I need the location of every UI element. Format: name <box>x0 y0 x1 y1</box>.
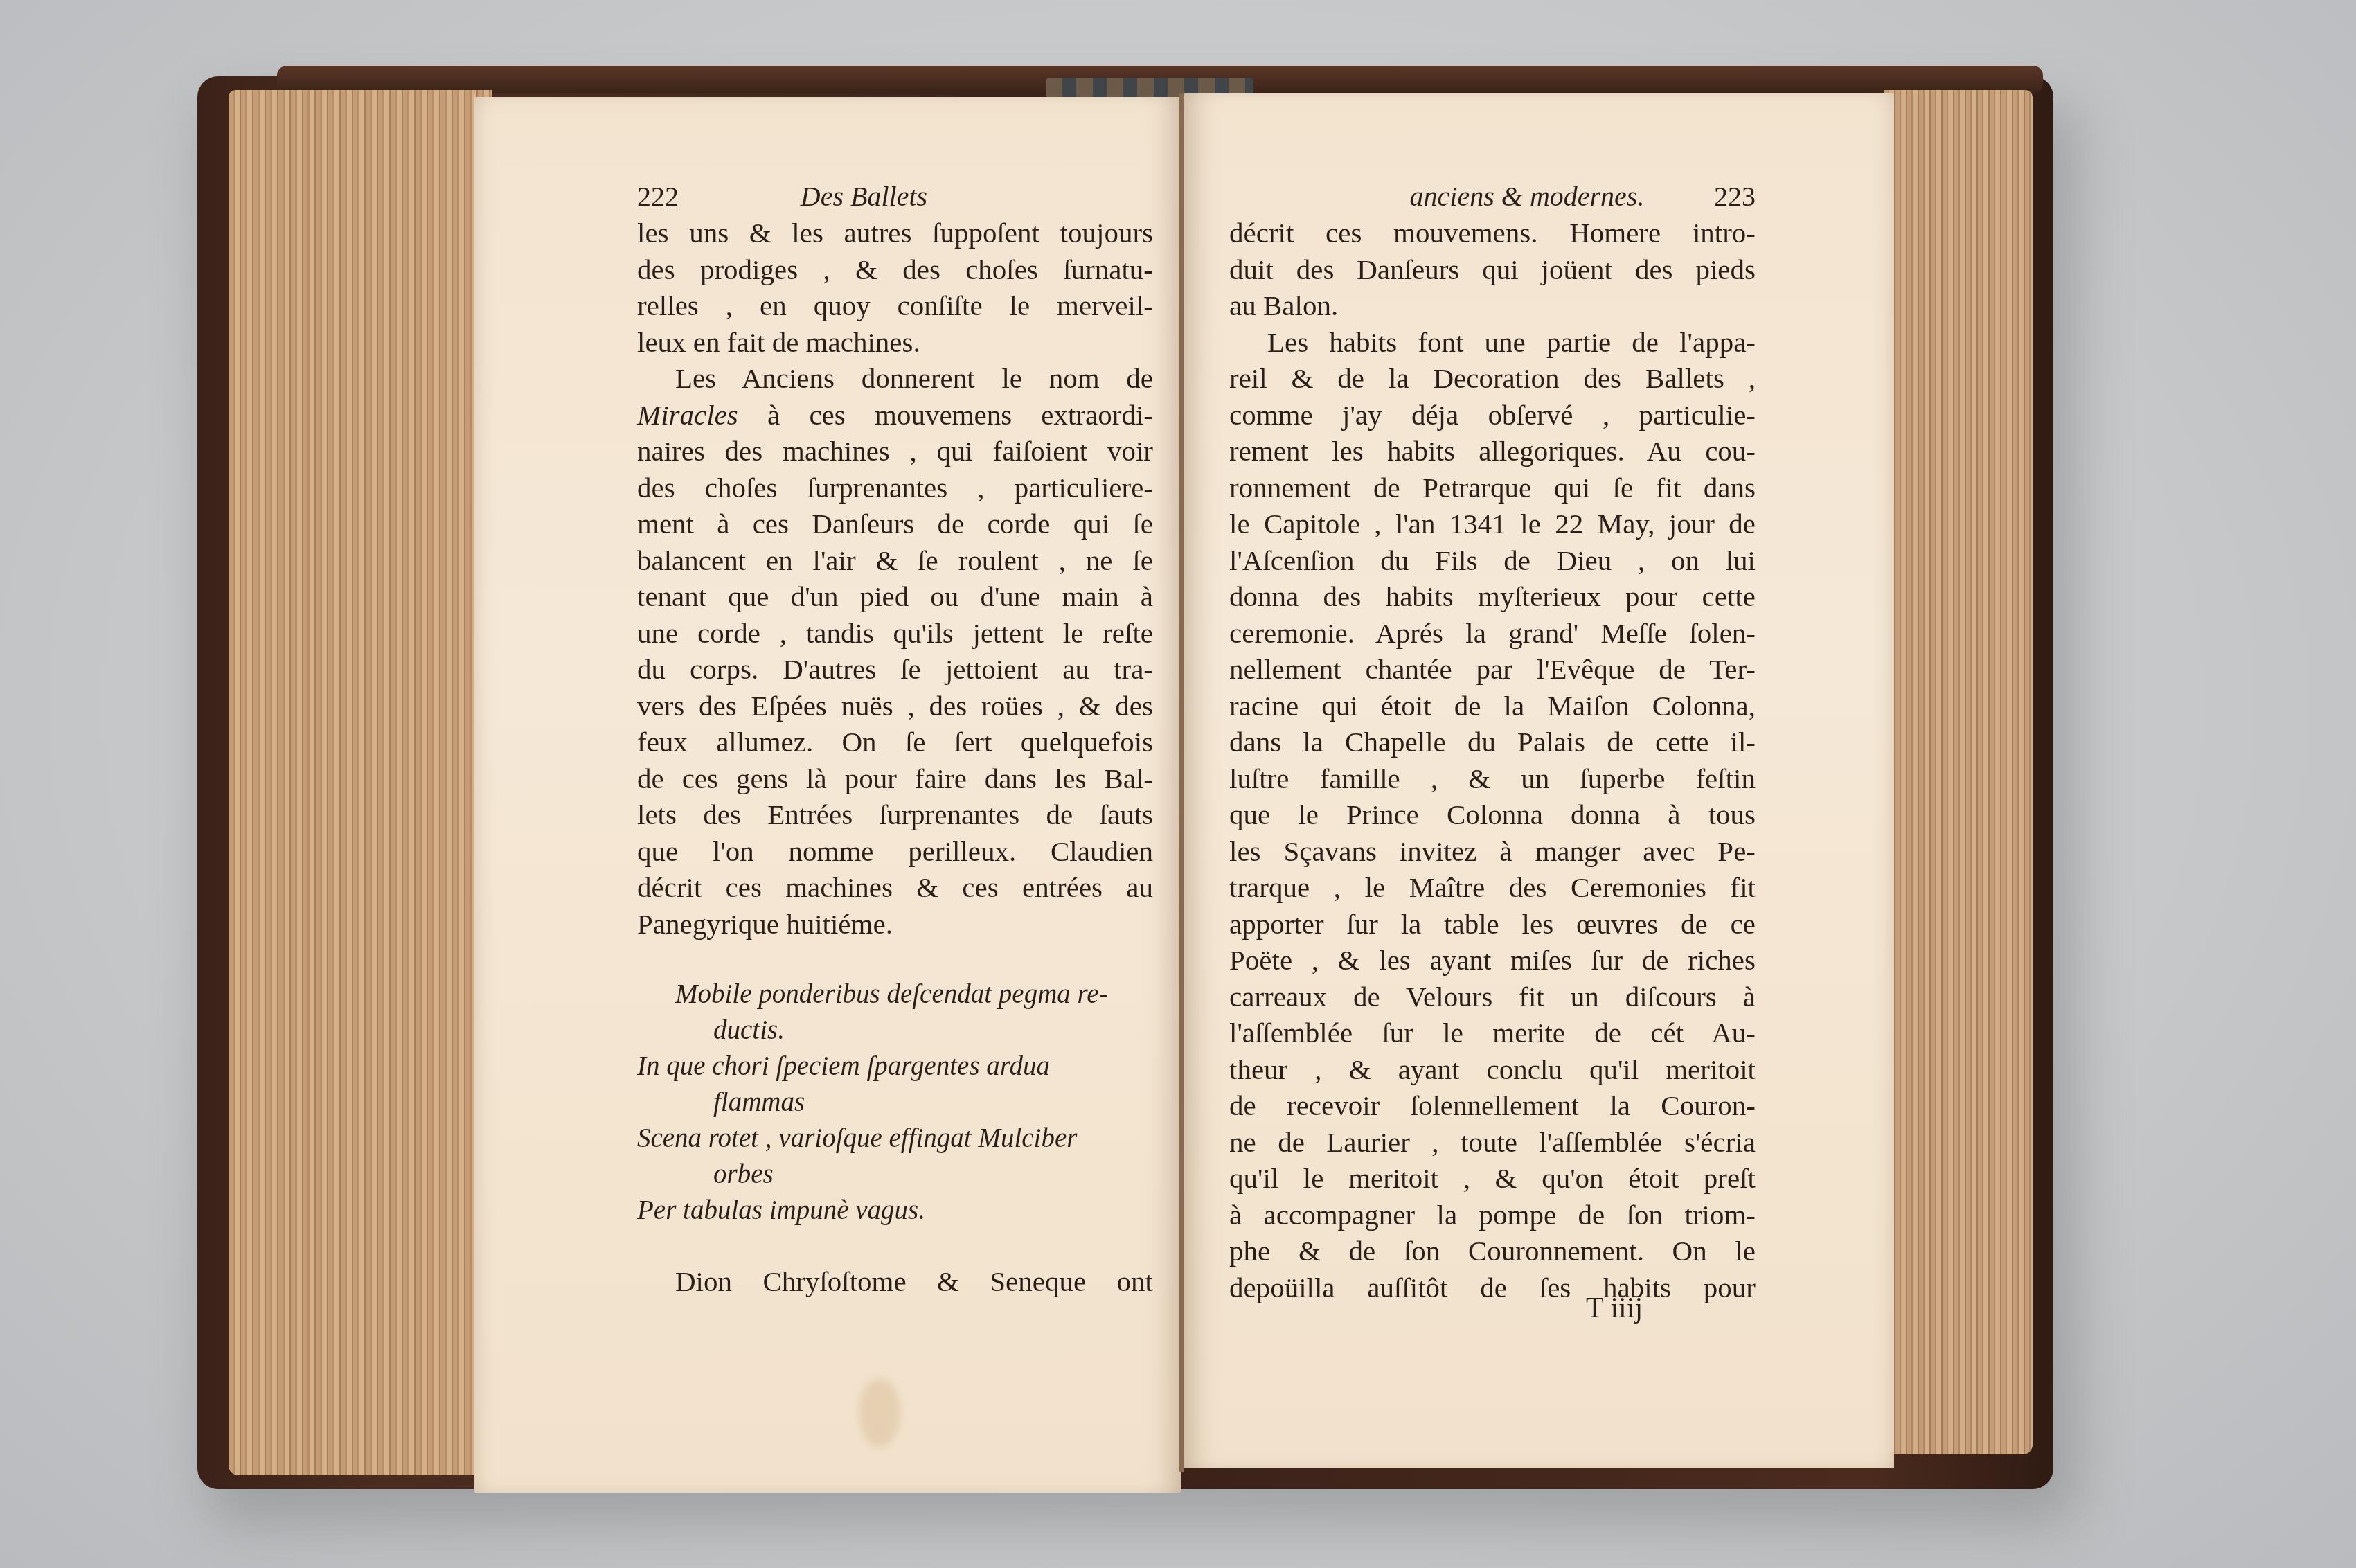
verse-line: ductis. <box>637 1013 1153 1049</box>
verse-line: Scena rotet , varioſque effingat Mulcibe… <box>637 1121 1153 1157</box>
text-line: lets des Entrées ſurprenantes de ſauts <box>637 796 1153 833</box>
text-line: tenant que d'un pied ou d'une main à <box>637 578 1153 615</box>
text-line: relles , en quoy conſiſte le merveil- <box>637 287 1153 324</box>
text-line: phe & de ſon Couronnement. On le <box>1229 1233 1756 1269</box>
text-line: les Sçavans invitez à manger avec Pe- <box>1229 833 1756 870</box>
page-number-left: 222 <box>637 179 679 215</box>
text-line: l'Aſcenſion du Fils de Dieu , on lui <box>1229 542 1756 579</box>
text-line: apporter ſur la table les œuvres de ce <box>1229 906 1756 943</box>
text-line: ne de Laurier , toute l'aſſemblée s'écri… <box>1229 1124 1756 1161</box>
text-line: du corps. D'autres ſe jettoient au tra- <box>637 651 1153 688</box>
text-line: Dion Chryſoſtome & Seneque ont <box>637 1263 1153 1300</box>
text-line: racine qui étoit de la Maiſon Colonna, <box>1229 688 1756 724</box>
text-line: que le Prince Colonna donna à tous <box>1229 796 1756 833</box>
text-line: Miracles à ces mouvemens extraordi- <box>637 397 1153 434</box>
text-line: rement les habits allegoriques. Au cou- <box>1229 433 1756 470</box>
text-line: dans la Chapelle du Palais de cette il- <box>1229 724 1756 760</box>
text-line: feux allumez. On ſe ſert quelquefois <box>637 724 1153 760</box>
text-line: au Balon. <box>1229 287 1756 324</box>
left-page-text: 222 Des Ballets les uns & les autres ſup… <box>637 179 1153 1300</box>
text-line: depoüilla auſſitôt de ſes habits pour <box>1229 1269 1756 1306</box>
text-line: ceremonie. Aprés la grand' Meſſe ſolen- <box>1229 615 1756 652</box>
signature-mark: T iiij <box>1586 1292 1643 1325</box>
verse-line: Mobile ponderibus deſcendat pegma re- <box>637 977 1153 1013</box>
text-line: décrit ces mouvemens. Homere intro- <box>1229 215 1756 251</box>
text-line: reil & de la Decoration des Ballets , <box>1229 360 1756 397</box>
text-line: Les Anciens donnerent le nom de <box>637 360 1153 397</box>
left-running-head: 222 Des Ballets <box>637 179 1153 215</box>
text-line: trarque , le Maître des Ceremonies fit <box>1229 869 1756 906</box>
verse-line: Per tabulas impunè vagus. <box>637 1193 1153 1229</box>
text-line: vers des Eſpées nuës , des roües , & des <box>637 688 1153 724</box>
text-line: de ces gens là pour faire dans les Bal- <box>637 760 1153 797</box>
page-edges-left <box>229 90 492 1475</box>
paper-stain <box>859 1378 900 1447</box>
text-line: des prodiges , & des choſes ſurnatu- <box>637 251 1153 288</box>
text-line: ment à ces Danſeurs de corde qui ſe <box>637 506 1153 542</box>
text-line: les uns & les autres ſuppoſent toujours <box>637 215 1153 251</box>
running-title-left: Des Ballets <box>801 179 927 215</box>
text-line: Panegyrique huitiéme. <box>637 906 1153 943</box>
text-line: naires des machines , qui faiſoient voir <box>637 433 1153 470</box>
text-line: carreaux de Velours fit un diſcours à <box>1229 979 1756 1015</box>
latin-verse: Mobile ponderibus deſcendat pegma re- du… <box>637 977 1153 1229</box>
text-line: décrit ces machines & ces entrées au <box>637 869 1153 906</box>
text-line: l'aſſemblée ſur le merite de cét Au- <box>1229 1015 1756 1051</box>
verse-line: In que chori ſpeciem ſpargentes ardua <box>637 1049 1153 1085</box>
text-line: donna des habits myſterieux pour cette <box>1229 578 1756 615</box>
text-line: nellement chantée par l'Evêque de Ter- <box>1229 651 1756 688</box>
text-line: luſtre famille , & un ſuperbe feſtin <box>1229 760 1756 797</box>
text-line: que l'on nomme perilleux. Claudien <box>637 833 1153 870</box>
italic-word: Miracles <box>637 399 738 431</box>
right-running-head: anciens & modernes. 223 <box>1229 179 1756 215</box>
right-page-text: anciens & modernes. 223 décrit ces mouve… <box>1229 179 1756 1306</box>
text-line: des choſes ſurprenantes , particuliere- <box>637 470 1153 506</box>
book-gutter <box>1179 93 1184 1472</box>
text-line: le Capitole , l'an 1341 le 22 May, jour … <box>1229 506 1756 542</box>
text-line: balancent en l'air & ſe roulent , ne ſe <box>637 542 1153 579</box>
text-line: qu'il le meritoit , & qu'on étoit preſt <box>1229 1160 1756 1197</box>
text-line: à accompagner la pompe de ſon triom- <box>1229 1197 1756 1233</box>
text-line: duit des Danſeurs qui joüent des pieds <box>1229 251 1756 288</box>
page-edges-right <box>1884 90 2033 1454</box>
text-line: leux en fait de machines. <box>637 324 1153 361</box>
text-line: ronnement de Petrarque qui ſe fit dans <box>1229 470 1756 506</box>
text-line: Les habits font une partie de l'appa- <box>1229 324 1756 361</box>
text-line: comme j'ay déja obſervé , particulie- <box>1229 397 1756 434</box>
verse-line: flammas <box>637 1085 1153 1121</box>
verse-line: orbes <box>637 1157 1153 1193</box>
text-line: Poëte , & les ayant miſes ſur de riches <box>1229 942 1756 979</box>
text-line: theur , & ayant conclu qu'il meritoit <box>1229 1051 1756 1088</box>
text-line: de recevoir ſolennellement la Couron- <box>1229 1087 1756 1124</box>
text-line: une corde , tandis qu'ils jettent le reſ… <box>637 615 1153 652</box>
running-title-right: anciens & modernes. <box>1410 179 1645 215</box>
page-number-right: 223 <box>1714 179 1756 215</box>
